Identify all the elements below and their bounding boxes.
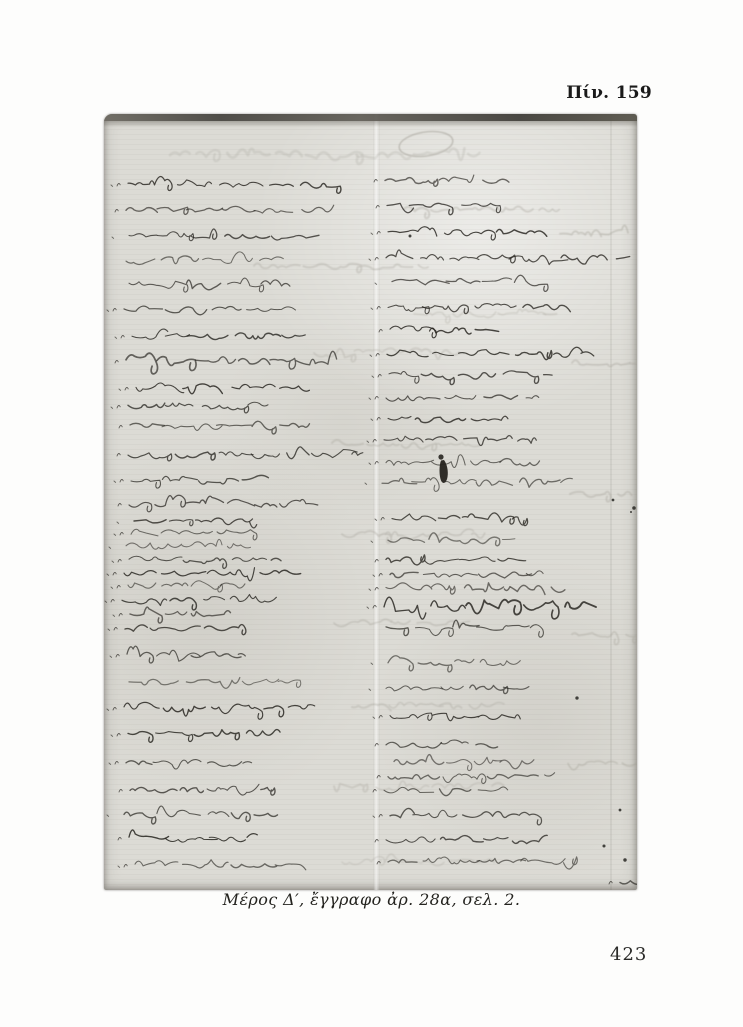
- page-number: 423: [610, 944, 647, 965]
- book-page: Πίν. 159 Μέρος Δ′, ἔγγραφο ἀρ. 28α, σελ.…: [0, 0, 743, 1027]
- photo-top-edge-shadow: [104, 121, 637, 127]
- figure-caption: Μέρος Δ′, ἔγγραφο ἀρ. 28α, σελ. 2.: [0, 890, 743, 909]
- plate-number-label: Πίν. 159: [566, 83, 652, 103]
- handwritten-text-columns: [104, 114, 637, 890]
- photo-dark-top-edge: [104, 114, 637, 121]
- manuscript-photograph: [104, 114, 637, 890]
